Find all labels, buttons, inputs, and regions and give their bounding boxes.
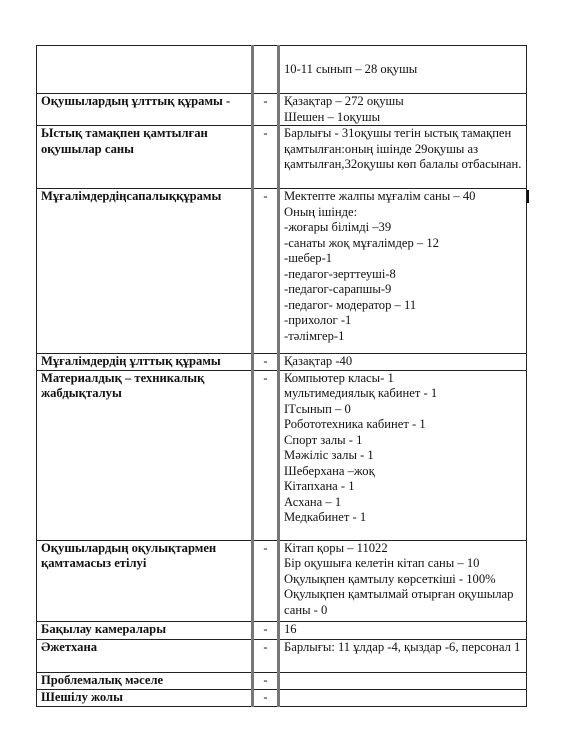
row-values: 16	[279, 621, 527, 639]
value-line: Оның ішінде:	[284, 205, 526, 221]
value-line: Қазақтар – 272 оқушы	[284, 94, 526, 110]
value-line: Мәжіліс залы - 1	[284, 448, 526, 464]
value-line: Бір оқушыға келетін кітап саны – 10	[284, 556, 526, 572]
table-row: Оқушылардың ұлттық құрамы --Қазақтар – 2…	[37, 94, 527, 126]
value-line: -тәлімгер-1	[284, 329, 526, 345]
table-row: Материалдық – техникалық жабдықталуы-Ком…	[37, 370, 527, 540]
value-line: -педагог-сарапшы-9	[284, 282, 526, 298]
value-line: Асхана – 1	[284, 495, 526, 511]
row-values: Барлығы - 31оқушы тегін ыстық тамақпен қ…	[279, 126, 527, 189]
value-line: Шеберхана –жоқ	[284, 464, 526, 480]
value-line: Кітапхана - 1	[284, 479, 526, 495]
row-label	[37, 46, 253, 94]
value-line: Кітап қоры – 11022	[284, 541, 526, 557]
row-label: Бақылау камералары	[37, 621, 253, 639]
row-label: Шешілу жолы	[37, 689, 253, 706]
row-dash: -	[253, 354, 279, 371]
value-line: Мектепте жалпы мұғалім саны – 40	[284, 189, 526, 205]
row-label: Әжетхана	[37, 639, 253, 672]
value-line: Оқулықпен қамтылу көрсеткіші - 100%	[284, 572, 526, 588]
row-label: Мұғалімдердіңсапалыққұрамы	[37, 189, 253, 354]
text-cursor	[527, 190, 529, 203]
value-line: -жоғары білімді –39	[284, 220, 526, 236]
table-row: Оқушылардың оқулықтармен қамтамасыз етіл…	[37, 540, 527, 621]
row-values: Қазақтар -40	[279, 354, 527, 371]
table-row: Шешілу жолы-	[37, 689, 527, 706]
row-label: Проблемалық мәселе	[37, 672, 253, 689]
row-values: Барлығы: 11 ұлдар -4, қыздар -6, персона…	[279, 639, 527, 672]
value-line: мультимедиялық кабинет - 1	[284, 386, 526, 402]
row-label: Мұғалімдердің ұлттық құрамы	[37, 354, 253, 371]
row-dash: -	[253, 540, 279, 621]
row-values: Компьютер класы- 1мультимедиялық кабинет…	[279, 370, 527, 540]
value-line	[284, 690, 526, 706]
table-row: Мұғалімдердің ұлттық құрамы-Қазақтар -40	[37, 354, 527, 371]
row-dash: -	[253, 94, 279, 126]
table-row: Ыстық тамақпен қамтылған оқушылар саны-Б…	[37, 126, 527, 189]
value-line: -санаты жоқ мұғалімдер – 12	[284, 236, 526, 252]
row-values	[279, 672, 527, 689]
value-line: Медкабинет - 1	[284, 510, 526, 526]
table-row: Проблемалық мәселе-	[37, 672, 527, 689]
value-line: -педагог- модератор – 11	[284, 298, 526, 314]
value-line: Барлығы - 31оқушы тегін ыстық тамақпен қ…	[284, 126, 526, 173]
row-values: Қазақтар – 272 оқушыШешен – 1оқушы	[279, 94, 527, 126]
table-row: Бақылау камералары-16	[37, 621, 527, 639]
value-line: ITсынып – 0	[284, 402, 526, 418]
row-dash: -	[253, 639, 279, 672]
value-line: Компьютер класы- 1	[284, 371, 526, 387]
table-row: Мұғалімдердіңсапалыққұрамы-Мектепте жалп…	[37, 189, 527, 354]
row-dash: -	[253, 621, 279, 639]
value-line: -педагог-зерттеуші-8	[284, 267, 526, 283]
row-dash: -	[253, 370, 279, 540]
row-label: Ыстық тамақпен қамтылған оқушылар саны	[37, 126, 253, 189]
row-dash: -	[253, 689, 279, 706]
value-line: Робототехника кабинет - 1	[284, 417, 526, 433]
row-label: Материалдық – техникалық жабдықталуы	[37, 370, 253, 540]
value-line: Қазақтар -40	[284, 354, 526, 370]
row-values	[279, 689, 527, 706]
school-info-table: 10-11 сынып – 28 оқушыОқушылардың ұлттық…	[36, 45, 527, 707]
value-line: Оқулықпен қамтылмай отырған оқушылар сан…	[284, 587, 526, 618]
row-values: Мектепте жалпы мұғалім саны – 40Оның іші…	[279, 189, 527, 354]
row-dash: -	[253, 672, 279, 689]
row-label: Оқушылардың ұлттық құрамы -	[37, 94, 253, 126]
value-line: -прихолог -1	[284, 313, 526, 329]
value-line	[284, 673, 526, 689]
value-line: -шебер-1	[284, 251, 526, 267]
row-values: 10-11 сынып – 28 оқушы	[279, 46, 527, 94]
value-line: Шешен – 1оқушы	[284, 110, 526, 126]
value-line: 16	[284, 622, 526, 638]
row-dash: -	[253, 189, 279, 354]
row-dash	[253, 46, 279, 94]
value-line: Спорт залы - 1	[284, 433, 526, 449]
row-label: Оқушылардың оқулықтармен қамтамасыз етіл…	[37, 540, 253, 621]
value-line: 10-11 сынып – 28 оқушы	[284, 62, 526, 78]
row-dash: -	[253, 126, 279, 189]
table-row: Әжетхана-Барлығы: 11 ұлдар -4, қыздар -6…	[37, 639, 527, 672]
table-row: 10-11 сынып – 28 оқушы	[37, 46, 527, 94]
value-line: Барлығы: 11 ұлдар -4, қыздар -6, персона…	[284, 640, 526, 656]
row-values: Кітап қоры – 11022Бір оқушыға келетін кі…	[279, 540, 527, 621]
